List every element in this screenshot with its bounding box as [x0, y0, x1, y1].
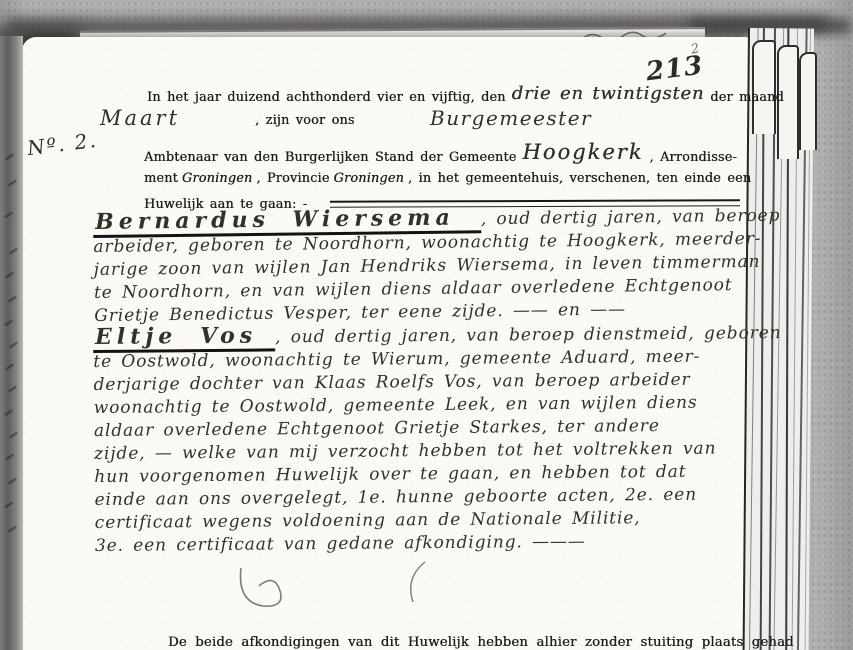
intro-line-province: ment Groningen , Provincie Groningen , i… — [144, 171, 751, 186]
printed-arrondissement-name: Groningen — [182, 171, 252, 186]
handwritten-municipality: Hoogkerk — [522, 140, 643, 164]
printed-ment: ment — [144, 171, 178, 186]
bride-intro-rest: , oud dertig jaren, van beroep dienstmei… — [275, 323, 782, 347]
printed-province-name: Groningen — [334, 171, 404, 186]
intro-line-year: In het jaar duizend achthonderd vier en … — [147, 85, 784, 106]
printed-province-label: , Provincie — [256, 171, 329, 186]
scanned-marriage-record: 2 213 Nº. 2. In het jaar duizend achthon… — [0, 0, 853, 650]
printed-arrondissement-label: , Arrondisse- — [649, 150, 736, 165]
printed-year-text: In het jaar duizend achthonderd vier en … — [147, 90, 506, 105]
printed-zijn-voor-ons: , zijn voor ons — [255, 113, 355, 128]
groom-intro-rest: , oud dertig jaren, van beroep — [481, 206, 781, 230]
intro-line-registrar: Ambtenaar van den Burgerlijken Stand der… — [144, 142, 737, 166]
handwritten-official: Burgemeester — [430, 106, 592, 130]
handwritten-day: drie en twintigsten — [512, 83, 705, 104]
footer-printed-line: De beide afkondigingen van dit Huwelijk … — [168, 635, 794, 650]
printed-der-maand: der maand — [710, 90, 784, 105]
bride-name: Eltje Vos — [93, 322, 275, 353]
printed-gemeentehuis: , in het gemeentehuis, verschenen, ten e… — [408, 171, 751, 186]
printed-registrar: Ambtenaar van den Burgerlijken Stand der… — [144, 150, 516, 165]
bride-paragraph: Eltje Vos, oud dertig jaren, van beroep … — [93, 319, 755, 558]
ink-flourish-icon — [235, 562, 305, 612]
intro-line-month: Maart , zijn voor ons Burgemeester — [0, 109, 760, 133]
ink-flourish-icon — [395, 560, 435, 606]
groom-paragraph: Bernardus Wiersema, oud dertig jaren, va… — [93, 202, 754, 328]
handwritten-month: Maart — [100, 106, 180, 130]
